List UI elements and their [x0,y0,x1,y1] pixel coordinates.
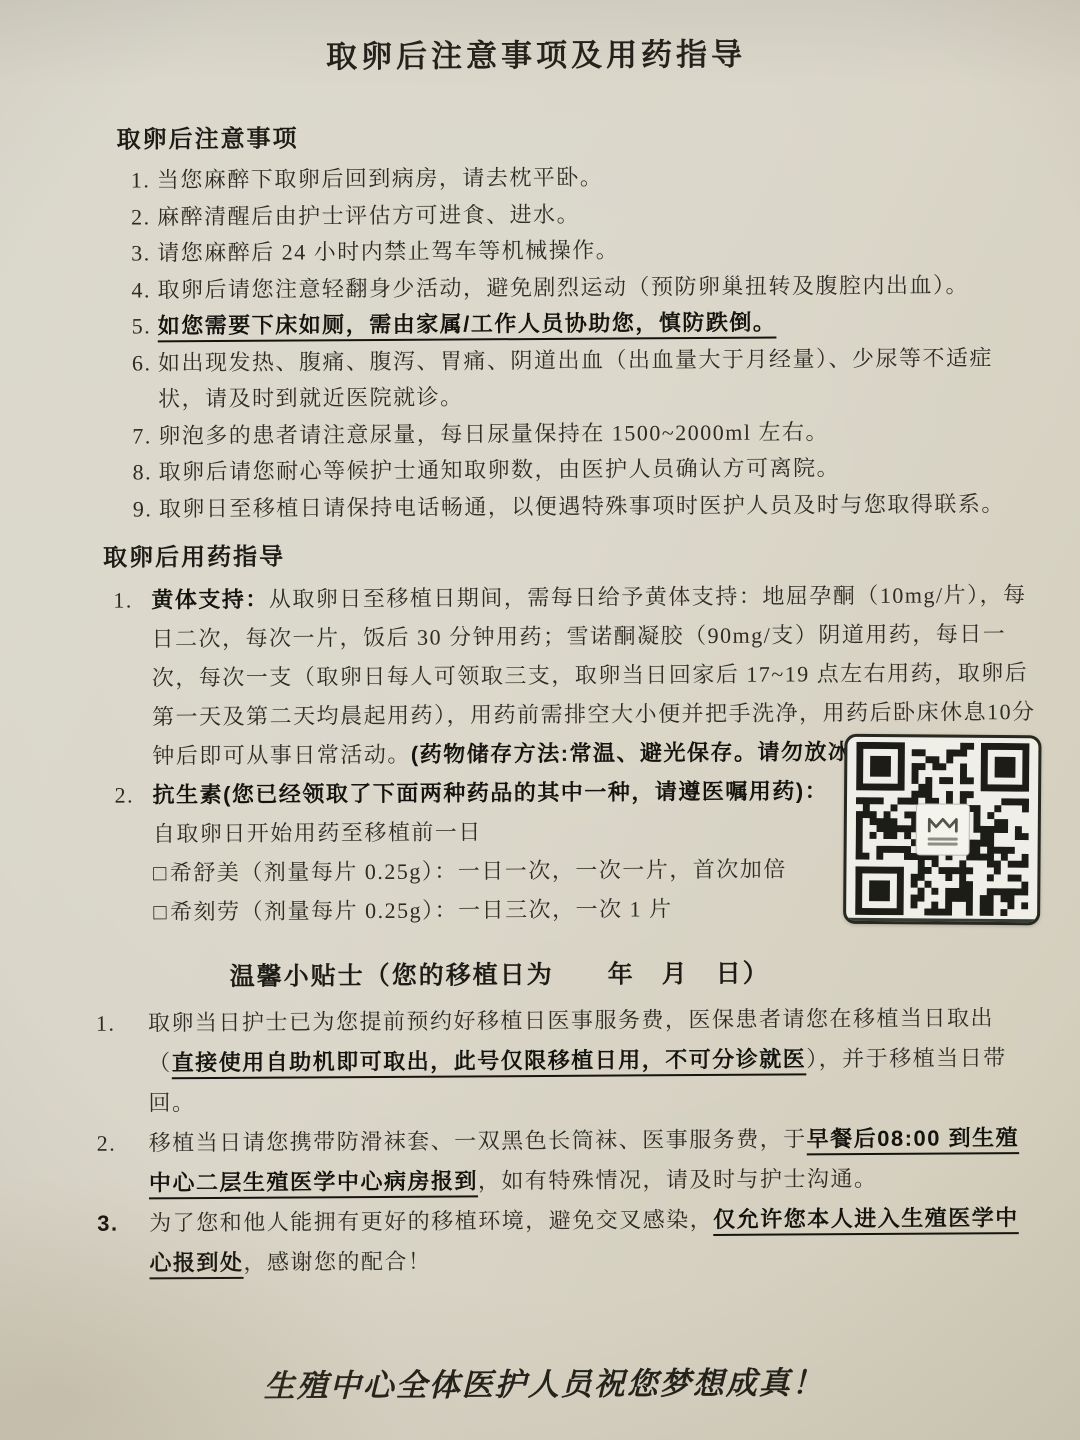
item-number: 7. [118,418,158,455]
item-text: 取卵后请您耐心等候护士通知取卵数，由医护人员确认方可离院。 [158,449,1034,491]
tips-heading: 温馨小贴士（您的移植日为 年 月 日） [230,952,1038,993]
closing-blessing: 生殖中心全体医护人员祝您梦想成真！ [4,1356,1080,1408]
list-item: 9. 取卵日至移植日请保持电话畅通，以便遇特殊事项时医护人员及时与您取得联系。 [119,485,1035,527]
tip-text: 移植当日请您携带防滑袜套、一双黑色长筒袜、医事服务费，于 [149,1126,807,1155]
item-text: 如出现发热、腹痛、腹泻、胃痛、阴道出血（出血量大于月经量）、少尿等不适症状，请及… [158,339,1034,417]
item-text: 为了您和他人能拥有更好的移植环境，避免交叉感染，仅允许您本人进入生殖医学中心报到… [149,1198,1039,1283]
list-item: 4. 取卵后请您注意轻翻身少活动，避免剧烈运动（预防卵巢扭转及腹腔内出血）。 [117,266,1033,308]
checkbox-icon: □ [153,860,168,885]
tip-text-emphasized: 直接使用自助机即可取出，此号仅限移植日用，不可分诊就医 [172,1046,807,1075]
tip-text: ，如有特殊情况，请及时与护士沟通。 [478,1166,878,1193]
item-number: 3. [117,235,157,272]
photographed-document: 取卵后注意事项及用药指导 取卵后注意事项 1. 当您麻醉下取卵后回到病房，请去枕… [0,0,1080,1440]
item-number: 4. [117,272,157,309]
item-text: 麻醉清醒后由护士评估方可进食、进水。 [157,193,1033,235]
list-item: 6. 如出现发热、腹痛、腹泻、胃痛、阴道出血（出血量大于月经量）、少尿等不适症状… [118,339,1034,418]
checkbox-icon: □ [153,899,168,924]
paper-sheet: 取卵后注意事项及用药指导 取卵后注意事项 1. 当您麻醉下取卵后回到病房，请去枕… [0,0,1080,1407]
luteal-lead: 黄体支持： [151,587,269,613]
qr-code [855,742,1029,916]
qr-sticker: 手机扫描二维码 快速观看雪诺同®操作视频 [843,734,1041,926]
item-text: 取卵后请您注意轻翻身少活动，避免剧烈运动（预防卵巢扭转及腹腔内出血）。 [157,266,1033,308]
item-number: 2. [117,199,157,236]
list-item: 1. 当您麻醉下取卵后回到病房，请去枕平卧。 [117,157,1033,199]
item-number: 6. [118,345,158,418]
item-text: 请您麻醉后 24 小时内禁止驾车等机械操作。 [157,230,1033,272]
item-text: 当您麻醉下取卵后回到病房，请去枕平卧。 [157,157,1033,199]
list-item: 2. 麻醉清醒后由护士评估方可进食、进水。 [117,193,1033,235]
list-item: 7. 卵泡多的患者请注意尿量，每日尿量保持在 1500~2000ml 左右。 [118,412,1034,454]
list-item: 5. 如您需要下床如厕，需由家属/工作人员协助您，慎防跌倒。 [118,303,1034,345]
item-text-emphasized: 如您需要下床如厕，需由家属/工作人员协助您，慎防跌倒。 [158,303,1034,345]
item-number: 1. [92,1003,149,1123]
item-number: 2. [104,775,153,931]
tip-text: ，感谢您的配合！ [243,1249,431,1275]
section-tips: 温馨小贴士（您的移植日为 年 月 日） 1. 取卵当日护士已为您提前预约好移植日… [92,952,1040,1284]
list-item: 8. 取卵后请您耐心等候护士通知取卵数，由医护人员确认方可离院。 [118,449,1034,491]
list-item: 1. 取卵当日护士已为您提前预约好移植日医事服务费，医保患者请您在移植当日取出（… [92,998,1039,1124]
drug-option-text: 希刻劳（剂量每片 0.25g）：一日三次，一次 1 片 [170,896,673,924]
storage-note: (药物储存方法:常温、避光保存。请勿放冰箱!!!) [411,739,911,767]
item-number: 5. [118,308,158,345]
list-item: 2. 移植当日请您携带防滑袜套、一双黑色长筒袜、医事服务费，于早餐后08:00 … [93,1118,1039,1204]
item-text: 移植当日请您携带防滑袜套、一双黑色长筒袜、医事服务费，于早餐后08:00 到生殖… [149,1118,1039,1203]
item-number: 2. [93,1123,149,1203]
item-number: 1. [103,580,152,775]
item-number: 8. [118,454,158,491]
qr-logo-fineprint [927,837,957,845]
item-text: 卵泡多的患者请注意尿量，每日尿量保持在 1500~2000ml 左右。 [158,412,1034,454]
notes-heading: 取卵后注意事项 [116,114,1032,155]
item-number: 9. [119,491,159,528]
qr-logo-m-icon [915,803,969,855]
list-item: 3. 为了您和他人能拥有更好的移植环境，避免交叉感染，仅允许您本人进入生殖医学中… [93,1198,1039,1284]
drug-option-text: 希舒美（剂量每片 0.25g）：一日一次，一次一片，首次加倍 [170,856,787,885]
item-text: 取卵日至移植日请保持电话畅通，以便遇特殊事项时医护人员及时与您取得联系。 [159,485,1035,527]
item-number: 3. [93,1203,149,1283]
page-title: 取卵后注意事项及用药指导 [0,0,1076,78]
tip-text: 为了您和他人能拥有更好的移植环境，避免交叉感染， [149,1207,713,1235]
list-item: 3. 请您麻醉后 24 小时内禁止驾车等机械操作。 [117,230,1033,272]
item-text: 取卵当日护士已为您提前预约好移植日医事服务费，医保患者请您在移植当日取出（直接使… [148,998,1039,1123]
item-number: 1. [117,162,157,199]
section-post-retrieval-notes: 取卵后注意事项 1. 当您麻醉下取卵后回到病房，请去枕平卧。 2. 麻醉清醒后由… [116,114,1034,528]
medication-heading: 取卵后用药指导 [103,532,1035,573]
